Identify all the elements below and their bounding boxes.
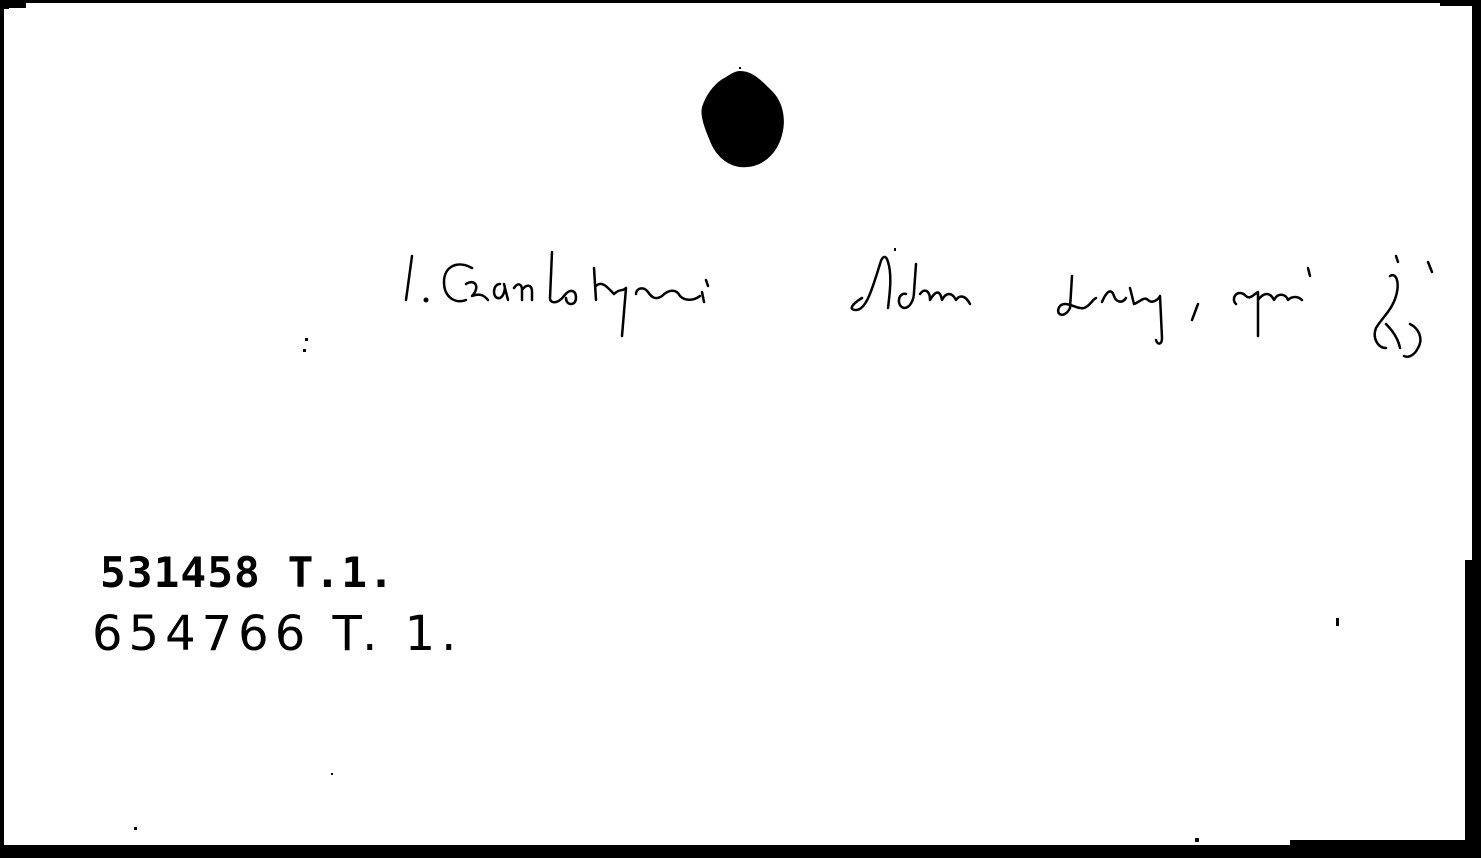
typed-reference: 531458 T.1. [100, 548, 395, 597]
edge-nib [4, 845, 1476, 854]
speck [1195, 838, 1199, 842]
edge-nib [1465, 560, 1476, 854]
scan-background: 1. Czartoryski Adam Jerzy, ojciec jr. 53… [0, 0, 1481, 858]
speck [331, 773, 333, 775]
speck [894, 248, 896, 251]
speck [134, 827, 137, 830]
edge-nib [1440, 3, 1476, 6]
edge-nib [4, 3, 9, 9]
edge-nib [1290, 840, 1480, 854]
speck [305, 338, 308, 341]
handwritten-reference: 654766 T. 1. [92, 606, 462, 662]
speck [303, 349, 306, 352]
handwritten-heading [400, 248, 1460, 378]
speck [739, 67, 741, 69]
punch-hole [700, 69, 784, 169]
speck [1336, 618, 1339, 626]
